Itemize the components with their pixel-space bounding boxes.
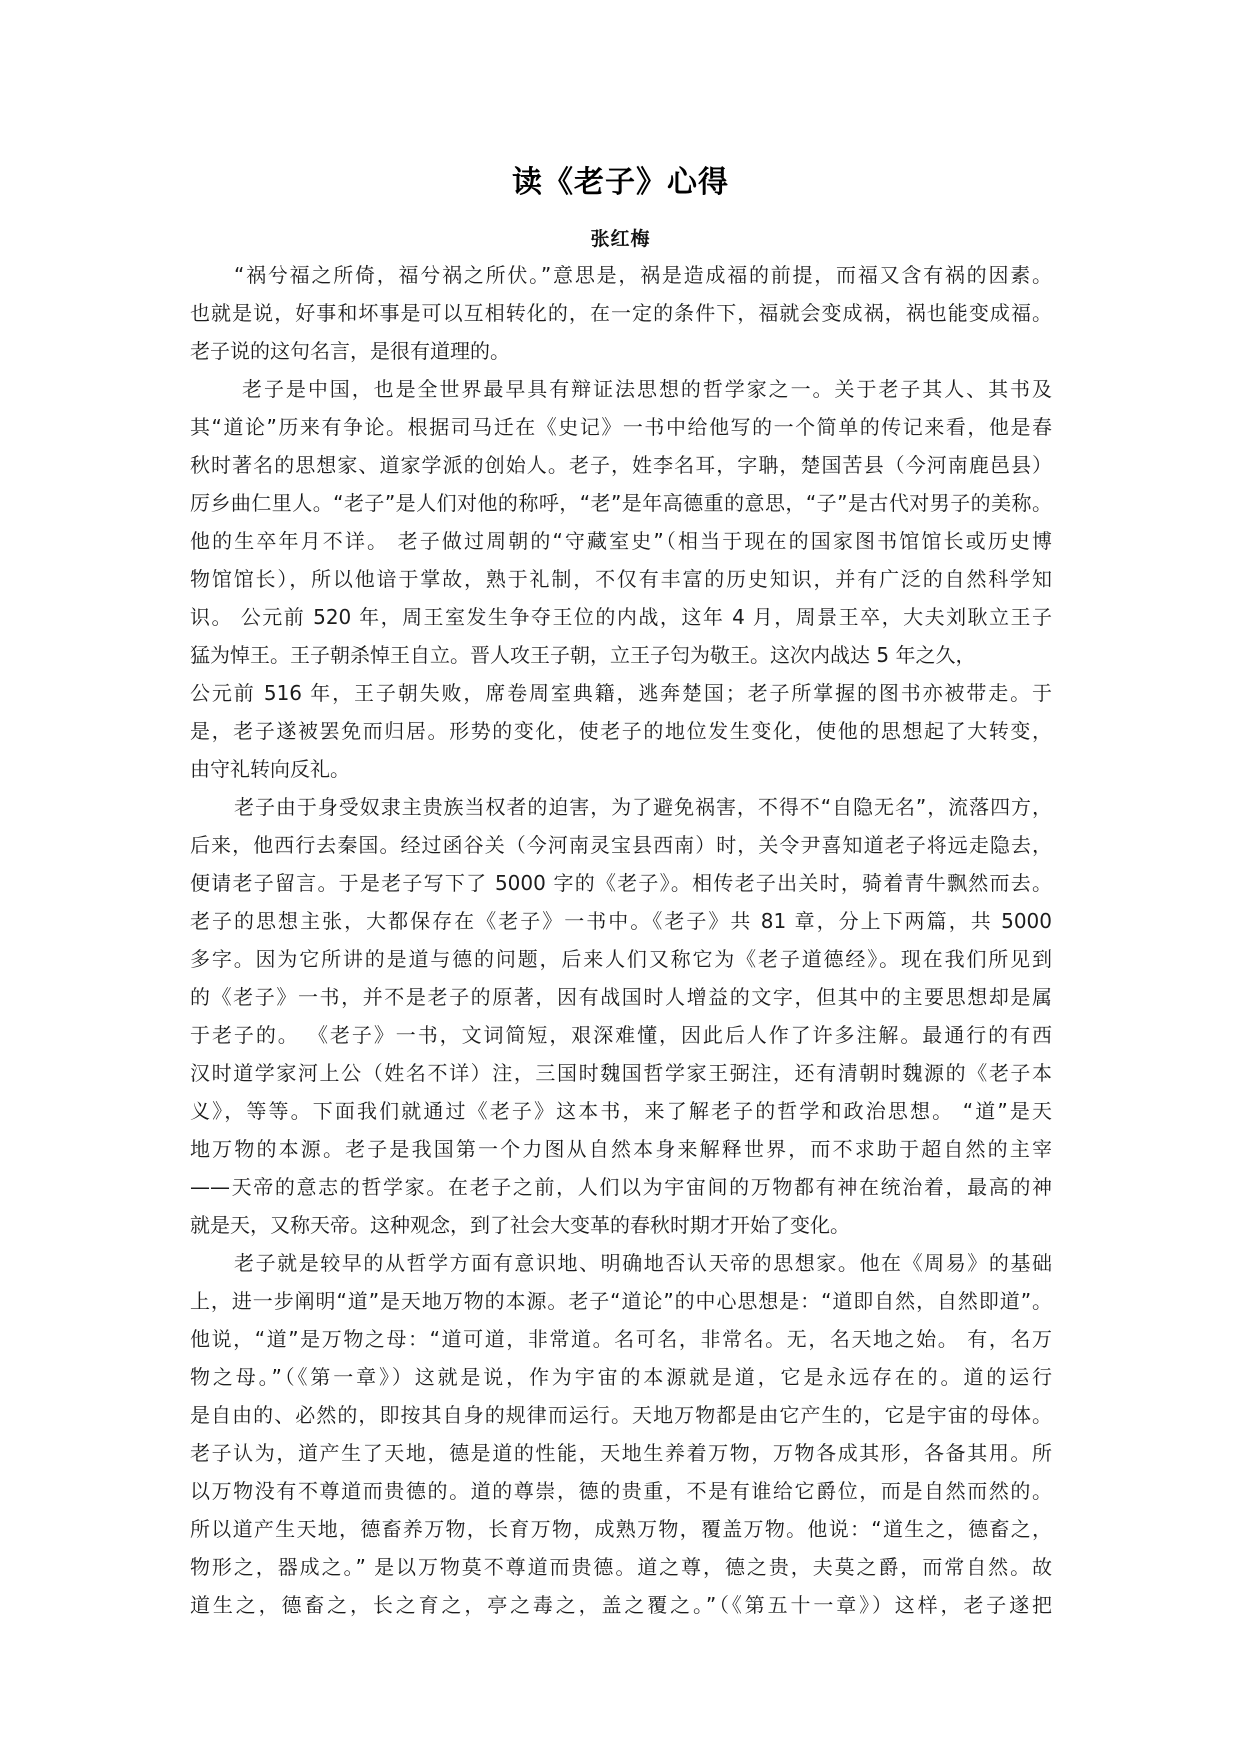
text-line: 上，进一步阐明“道”是天地万物的本源。老子“道论”的中心思想是：“道即自然，自然… bbox=[190, 1282, 1052, 1320]
text-line: 老子是中国，也是全世界最早具有辩证法思想的哲学家之一。关于老子其人、其书及 bbox=[190, 370, 1052, 408]
text-line: 物之母。”（《第一章》）这就是说，作为宇宙的本源就是道，它是永远存在的。道的运行 bbox=[190, 1358, 1052, 1396]
text-line: 便请老子留言。于是老子写下了 5000 字的《老子》。相传老子出关时，骑着青牛飘… bbox=[190, 864, 1052, 902]
document-body: “祸兮福之所倚，福兮祸之所伏。”意思是，祸是造成福的前提，而福又含有祸的因素。 … bbox=[190, 256, 1052, 1624]
text-line: 地万物的本源。老子是我国第一个力图从自然本身来解释世界，而不求助于超自然的主宰 bbox=[190, 1130, 1052, 1168]
text-line: 老子说的这句名言，是很有道理的。 bbox=[190, 332, 1052, 370]
text-line: 是自由的、必然的，即按其自身的规律而运行。天地万物都是由它产生的，它是宇宙的母体… bbox=[190, 1396, 1052, 1434]
document-author: 张红梅 bbox=[0, 226, 1241, 252]
text-line: 汉时道学家河上公（姓名不详）注，三国时魏国哲学家王弼注，还有清朝时魏源的《老子本 bbox=[190, 1054, 1052, 1092]
text-line: 他说，“道”是万物之母：“道可道，非常道。名可名，非常名。无，名天地之始。 有，… bbox=[190, 1320, 1052, 1358]
text-line: 老子由于身受奴隶主贵族当权者的迫害，为了避免祸害，不得不“自隐无名”，流落四方， bbox=[190, 788, 1052, 826]
text-line: 多字。因为它所讲的是道与德的问题，后来人们又称它为《老子道德经》。现在我们所见到 bbox=[190, 940, 1052, 978]
text-line: 其“道论”历来有争论。根据司马迁在《史记》一书中给他写的一个简单的传记来看，他是… bbox=[190, 408, 1052, 446]
text-line: 厉乡曲仁里人。“老子”是人们对他的称呼，“老”是年高德重的意思，“子”是古代对男… bbox=[190, 484, 1052, 522]
text-line: 老子就是较早的从哲学方面有意识地、明确地否认天帝的思想家。他在《周易》的基础 bbox=[190, 1244, 1052, 1282]
text-line: 道生之，德畜之，长之育之，亭之毒之，盖之覆之。”（《第五十一章》）这样，老子遂把 bbox=[190, 1586, 1052, 1624]
text-line: 于老子的。 《老子》一书，文词简短，艰深难懂，因此后人作了许多注解。最通行的有西 bbox=[190, 1016, 1052, 1054]
document-page: 读《老子》心得 张红梅 “祸兮福之所倚，福兮祸之所伏。”意思是，祸是造成福的前提… bbox=[0, 0, 1241, 1754]
text-line: 猛为悼王。王子朝杀悼王自立。晋人攻王子朝，立王子匄为敬王。这次内战达 5 年之久… bbox=[190, 636, 1052, 674]
text-line: 的《老子》一书，并不是老子的原著，因有战国时人增益的文字，但其中的主要思想却是属 bbox=[190, 978, 1052, 1016]
text-line: 也就是说，好事和坏事是可以互相转化的，在一定的条件下，福就会变成祸，祸也能变成福… bbox=[190, 294, 1052, 332]
text-line: 所以道产生天地，德畜养万物，长育万物，成熟万物，覆盖万物。他说：“道生之，德畜之… bbox=[190, 1510, 1052, 1548]
text-line: “祸兮福之所倚，福兮祸之所伏。”意思是，祸是造成福的前提，而福又含有祸的因素。 bbox=[190, 256, 1052, 294]
text-line: 老子认为，道产生了天地，德是道的性能，天地生养着万物，万物各成其形，各备其用。所 bbox=[190, 1434, 1052, 1472]
paragraph: 老子是中国，也是全世界最早具有辩证法思想的哲学家之一。关于老子其人、其书及 其“… bbox=[190, 370, 1052, 788]
text-line: 后来，他西行去秦国。经过函谷关（今河南灵宝县西南）时，关令尹喜知道老子将远走隐去… bbox=[190, 826, 1052, 864]
paragraph: 老子就是较早的从哲学方面有意识地、明确地否认天帝的思想家。他在《周易》的基础 上… bbox=[190, 1244, 1052, 1624]
text-line: 识。 公元前 520 年，周王室发生争夺王位的内战，这年 4 月，周景王卒，大夫… bbox=[190, 598, 1052, 636]
text-line: 以万物没有不尊道而贵德的。道的尊崇，德的贵重，不是有谁给它爵位，而是自然而然的。 bbox=[190, 1472, 1052, 1510]
text-line: ——天帝的意志的哲学家。在老子之前，人们以为宇宙间的万物都有神在统治着，最高的神 bbox=[190, 1168, 1052, 1206]
text-line: 由守礼转向反礼。 bbox=[190, 750, 1052, 788]
text-line: 老子的思想主张，大都保存在《老子》一书中。《老子》共 81 章，分上下两篇，共 … bbox=[190, 902, 1052, 940]
text-line: 他的生卒年月不详。 老子做过周朝的“守藏室史”（相当于现在的国家图书馆馆长或历史… bbox=[190, 522, 1052, 560]
text-line: 义》，等等。下面我们就通过《老子》这本书，来了解老子的哲学和政治思想。 “道”是… bbox=[190, 1092, 1052, 1130]
text-line: 秋时著名的思想家、道家学派的创始人。老子，姓李名耳，字聃，楚国苦县（今河南鹿邑县… bbox=[190, 446, 1052, 484]
text-line: 公元前 516 年，王子朝失败，席卷周室典籍，逃奔楚国；老子所掌握的图书亦被带走… bbox=[190, 674, 1052, 712]
paragraph: 老子由于身受奴隶主贵族当权者的迫害，为了避免祸害，不得不“自隐无名”，流落四方，… bbox=[190, 788, 1052, 1244]
text-line: 物馆馆长），所以他谙于掌故，熟于礼制，不仅有丰富的历史知识，并有广泛的自然科学知 bbox=[190, 560, 1052, 598]
text-line: 物形之，器成之。” 是以万物莫不尊道而贵德。道之尊，德之贵，夫莫之爵，而常自然。… bbox=[190, 1548, 1052, 1586]
paragraph: “祸兮福之所倚，福兮祸之所伏。”意思是，祸是造成福的前提，而福又含有祸的因素。 … bbox=[190, 256, 1052, 370]
text-line: 就是天，又称天帝。这种观念，到了社会大变革的春秋时期才开始了变化。 bbox=[190, 1206, 1052, 1244]
text-line: 是，老子遂被罢免而归居。形势的变化，使老子的地位发生变化，使他的思想起了大转变， bbox=[190, 712, 1052, 750]
document-title: 读《老子》心得 bbox=[0, 163, 1241, 203]
